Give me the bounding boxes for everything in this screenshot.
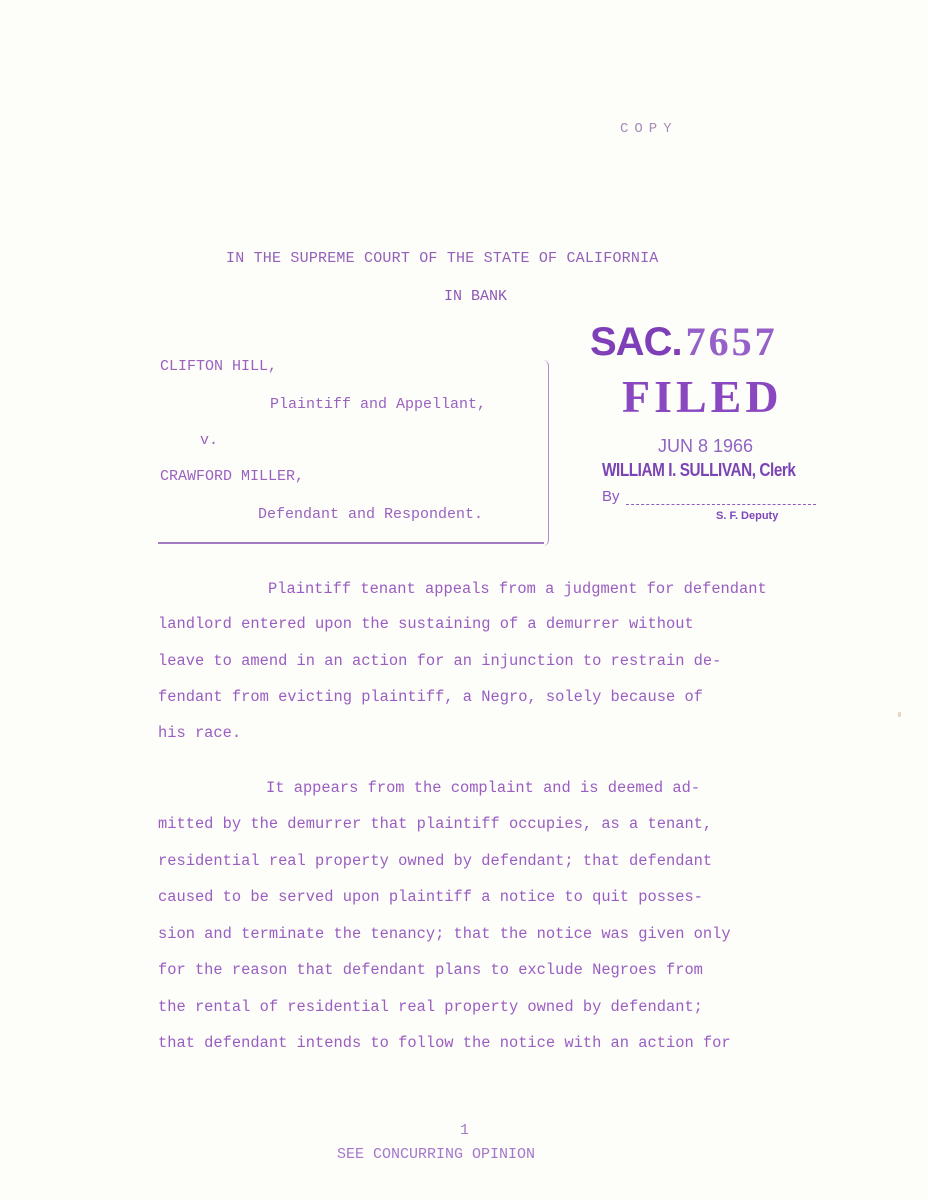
caption-brace xyxy=(540,360,549,546)
page-number: 1 xyxy=(460,1122,469,1139)
paragraph-1-line: fendant from evicting plaintiff, a Negro… xyxy=(158,688,703,706)
clerk-name: WILLIAM I. SULLIVAN, Clerk xyxy=(602,460,796,481)
plaintiff-role: Plaintiff and Appellant, xyxy=(270,396,486,413)
paragraph-2-line: caused to be served upon plaintiff a not… xyxy=(158,888,703,906)
signature-line xyxy=(626,504,816,505)
document-page: COPY IN THE SUPREME COURT OF THE STATE O… xyxy=(0,0,928,1200)
paper-speck xyxy=(898,712,901,717)
deputy-label: S. F. Deputy xyxy=(716,510,778,522)
versus: v. xyxy=(200,432,218,449)
defendant-role: Defendant and Respondent. xyxy=(258,506,483,523)
case-number: SAC.7657 xyxy=(590,318,778,365)
paragraph-1-line: Plaintiff tenant appeals from a judgment… xyxy=(268,580,767,598)
paragraph-2-line: residential real property owned by defen… xyxy=(158,852,712,870)
case-number-digits: 7657 xyxy=(686,319,778,364)
footer-note: SEE CONCURRING OPINION xyxy=(337,1146,535,1163)
case-prefix: SAC. xyxy=(590,320,682,364)
paragraph-2-line: It appears from the complaint and is dee… xyxy=(266,779,700,797)
paragraph-2-line: that defendant intends to follow the not… xyxy=(158,1034,731,1052)
paragraph-2-line: the rental of residential real property … xyxy=(158,998,703,1016)
paragraph-2-line: for the reason that defendant plans to e… xyxy=(158,961,703,979)
paragraph-2-line: mitted by the demurrer that plaintiff oc… xyxy=(158,815,712,833)
defendant-name: CRAWFORD MILLER, xyxy=(160,468,304,485)
paragraph-1-line: leave to amend in an action for an injun… xyxy=(158,652,721,670)
caption-rule xyxy=(158,542,544,544)
paragraph-1-line: his race. xyxy=(158,724,241,742)
filed-stamp: SAC.7657 FILED JUN 8 1966 WILLIAM I. SUL… xyxy=(590,318,850,533)
filed-date: JUN 8 1966 xyxy=(658,436,753,457)
case-caption: CLIFTON HILL, Plaintiff and Appellant, v… xyxy=(160,358,550,548)
paragraph-1-line: landlord entered upon the sustaining of … xyxy=(158,615,694,633)
paragraph-2-line: sion and terminate the tenancy; that the… xyxy=(158,925,731,943)
copy-mark: COPY xyxy=(620,121,678,137)
court-division: IN BANK xyxy=(444,288,507,305)
court-title: IN THE SUPREME COURT OF THE STATE OF CAL… xyxy=(226,250,658,267)
plaintiff-name: CLIFTON HILL, xyxy=(160,358,277,375)
filed-label: FILED xyxy=(622,370,783,423)
by-label: By xyxy=(602,488,620,505)
